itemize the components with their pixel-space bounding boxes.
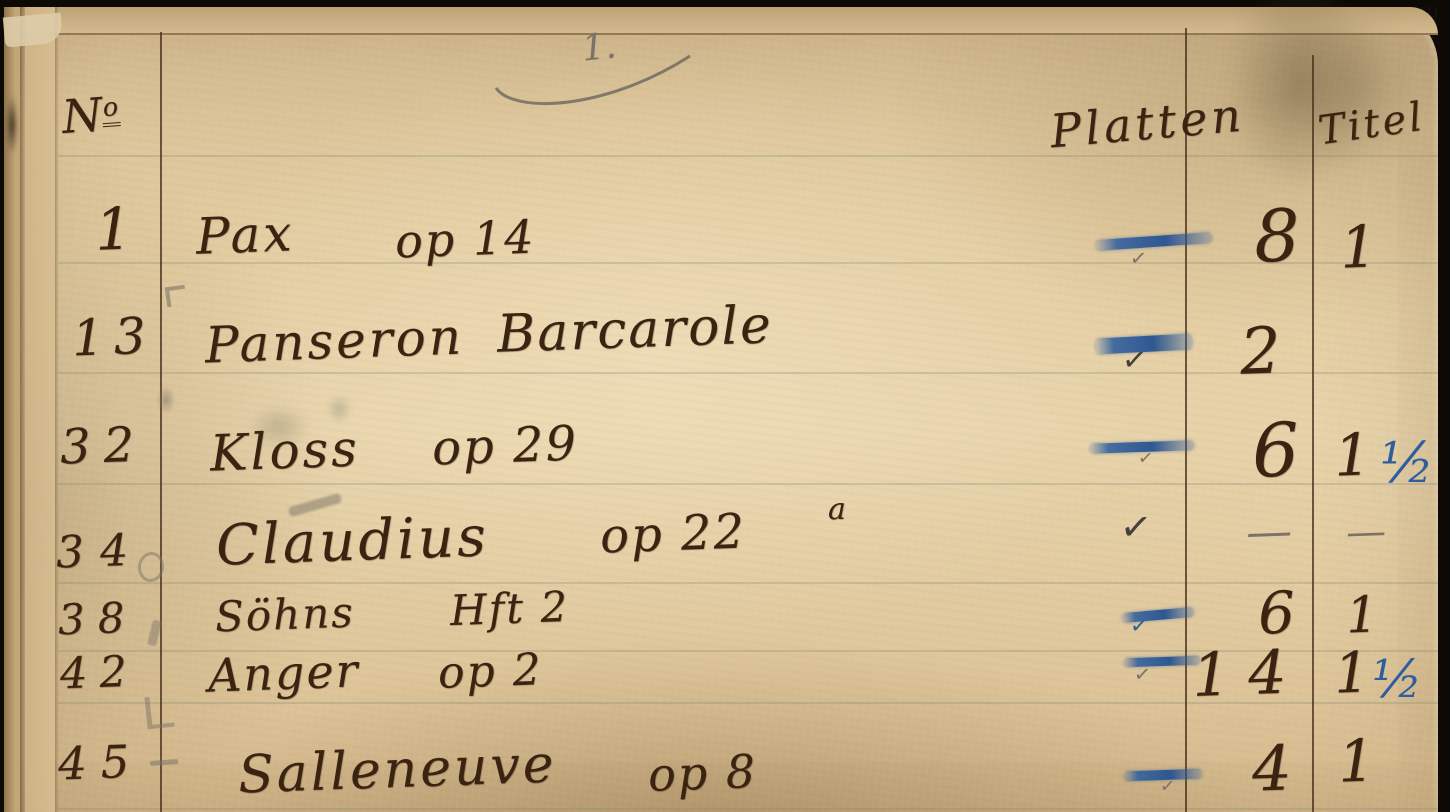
titel-value: 1 xyxy=(1339,217,1378,276)
row-title-name: Söhns xyxy=(214,592,355,639)
row-number: 34 xyxy=(55,528,144,575)
platten-value: 4 xyxy=(1251,737,1293,800)
row-number: 42 xyxy=(59,651,139,697)
titel-value: 1 xyxy=(1345,589,1379,640)
platten-value: 14 xyxy=(1191,642,1305,706)
platten-value: 2 xyxy=(1239,319,1282,384)
gray-check-mark: ✓ xyxy=(1133,663,1152,685)
row-title-detail: op 8 xyxy=(647,748,758,798)
scanned-ledger-page: 1. No Platten Titel 1Paxop 14✓8113Panser… xyxy=(0,0,1450,812)
titel-value: — xyxy=(1345,511,1386,552)
titel-fraction-blue: ½ xyxy=(1372,654,1422,706)
platten-value: — xyxy=(1245,507,1293,555)
blue-crayon-dash-mark xyxy=(1096,232,1212,251)
dark-check-mark: ✓ xyxy=(1121,345,1149,377)
platten-value: 6 xyxy=(1257,583,1296,642)
titel-value: 1 xyxy=(1333,425,1372,484)
row-title-detail: Barcarole xyxy=(496,299,773,361)
row-number: 13 xyxy=(71,311,156,364)
row-title-detail: op 22 xyxy=(599,507,747,560)
titel-fraction-blue: ½ xyxy=(1380,436,1434,492)
platten-value: 6 xyxy=(1251,413,1301,489)
row-number: 45 xyxy=(57,739,144,787)
row-title-detail: op 29 xyxy=(431,419,579,472)
row-title-detail: Hft 2 xyxy=(449,586,570,632)
row-title-detail: op 2 xyxy=(437,648,543,696)
row-title-name: Kloss xyxy=(209,423,360,478)
gray-check-mark: ✓ xyxy=(1137,449,1154,468)
row-number: 38 xyxy=(57,597,138,642)
row-number: 32 xyxy=(59,420,148,471)
row-title-name: Anger xyxy=(207,647,360,698)
row-title-name: Salleneuve xyxy=(237,738,557,801)
blue-check-mark: ✓ xyxy=(1129,615,1150,639)
titel-value: 1 xyxy=(1333,645,1371,702)
row-number: 1 xyxy=(94,199,137,258)
gray-check-mark: ✓ xyxy=(1129,247,1148,269)
dark-check-mark: ✓ xyxy=(1118,506,1154,547)
row-title-name: Panseron xyxy=(204,311,464,370)
ledger-rows: 1Paxop 14✓8113PanseronBarcarole✓232Kloss… xyxy=(0,0,1450,812)
row-title-detail: op 14 xyxy=(394,214,536,265)
titel-value: 1 xyxy=(1337,731,1376,790)
gray-check-mark: ✓ xyxy=(1159,777,1176,796)
row-title-name: Claudius xyxy=(215,509,490,574)
platten-value: 8 xyxy=(1253,199,1301,273)
row-superscript: a xyxy=(828,492,846,527)
row-title-name: Pax xyxy=(195,208,295,261)
